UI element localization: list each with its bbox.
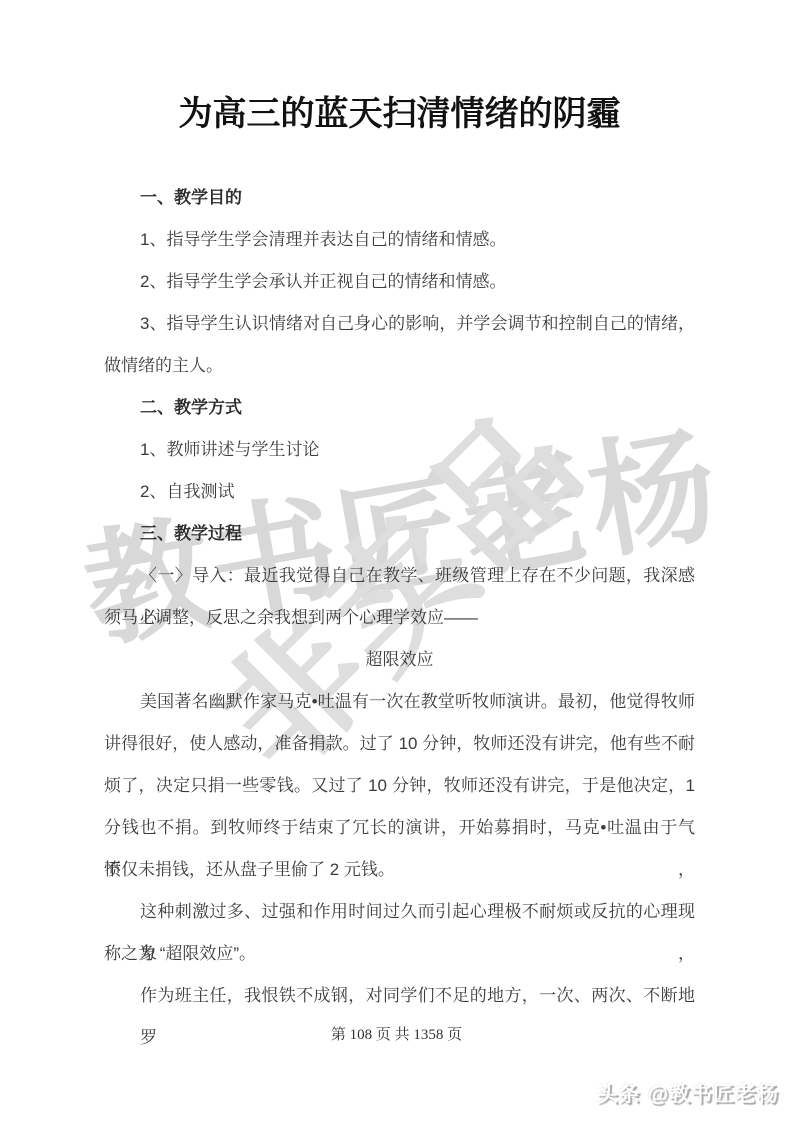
doc-line: 讲得很好，使人感动，准备捐款。过了 10 分钟，牧师还没有讲完，他有些不耐 <box>104 723 695 765</box>
page-number-footer: 第 108 页 共 1358 页 <box>0 1022 793 1048</box>
doc-line: 3、指导学生认识情绪对自己身心的影响，并学会调节和控制自己的情绪， <box>104 303 695 345</box>
doc-line: 二、教学方式 <box>104 387 695 429</box>
doc-line: 超限效应 <box>104 639 695 681</box>
doc-line: 1、教师讲述与学生讨论 <box>104 429 695 471</box>
doc-line: 2、指导学生学会承认并正视自己的情绪和情感。 <box>104 261 695 303</box>
doc-line: 〈一〉导入：最近我觉得自己在教学、班级管理上存在不少问题，我深感必 <box>104 555 695 597</box>
doc-line: 三、教学过程 <box>104 513 695 555</box>
toutiao-author-badge: 头条 @教书匠老杨 <box>597 1078 779 1108</box>
doc-line: 须马上调整，反思之余我想到两个心理学效应—— <box>104 597 695 639</box>
page-title: 为高三的蓝天扫清情绪的阴霾 <box>104 90 695 140</box>
doc-line: 这种刺激过多、过强和作用时间过久而引起心理极不耐烦或反抗的心理现象， <box>104 891 695 933</box>
document-page: { "document": { "title": "为高三的蓝天扫清情绪的阴霾"… <box>0 0 793 1122</box>
doc-line: 美国著名幽默作家马克•吐温有一次在教堂听牧师演讲。最初，他觉得牧师 <box>104 681 695 723</box>
doc-line: 2、自我测试 <box>104 471 695 513</box>
doc-line: 烦了，决定只捐一些零钱。又过了 10 分钟，牧师还没有讲完，于是他决定，1 <box>104 765 695 807</box>
doc-line: 1、指导学生学会清理并表达自己的情绪和情感。 <box>104 219 695 261</box>
doc-line: 作为班主任，我恨铁不成钢，对同学们不足的地方，一次、两次、不断地罗 <box>104 975 695 1017</box>
doc-line: 一、教学目的 <box>104 177 695 219</box>
doc-line: 分钱也不捐。到牧师终于结束了冗长的演讲，开始募捐时，马克•吐温由于气愤， <box>104 807 695 849</box>
document-content: 为高三的蓝天扫清情绪的阴霾 一、教学目的1、指导学生学会清理并表达自己的情绪和情… <box>0 0 793 1017</box>
doc-line: 做情绪的主人。 <box>104 345 695 387</box>
document-lines: 一、教学目的1、指导学生学会清理并表达自己的情绪和情感。2、指导学生学会承认并正… <box>104 177 695 1017</box>
